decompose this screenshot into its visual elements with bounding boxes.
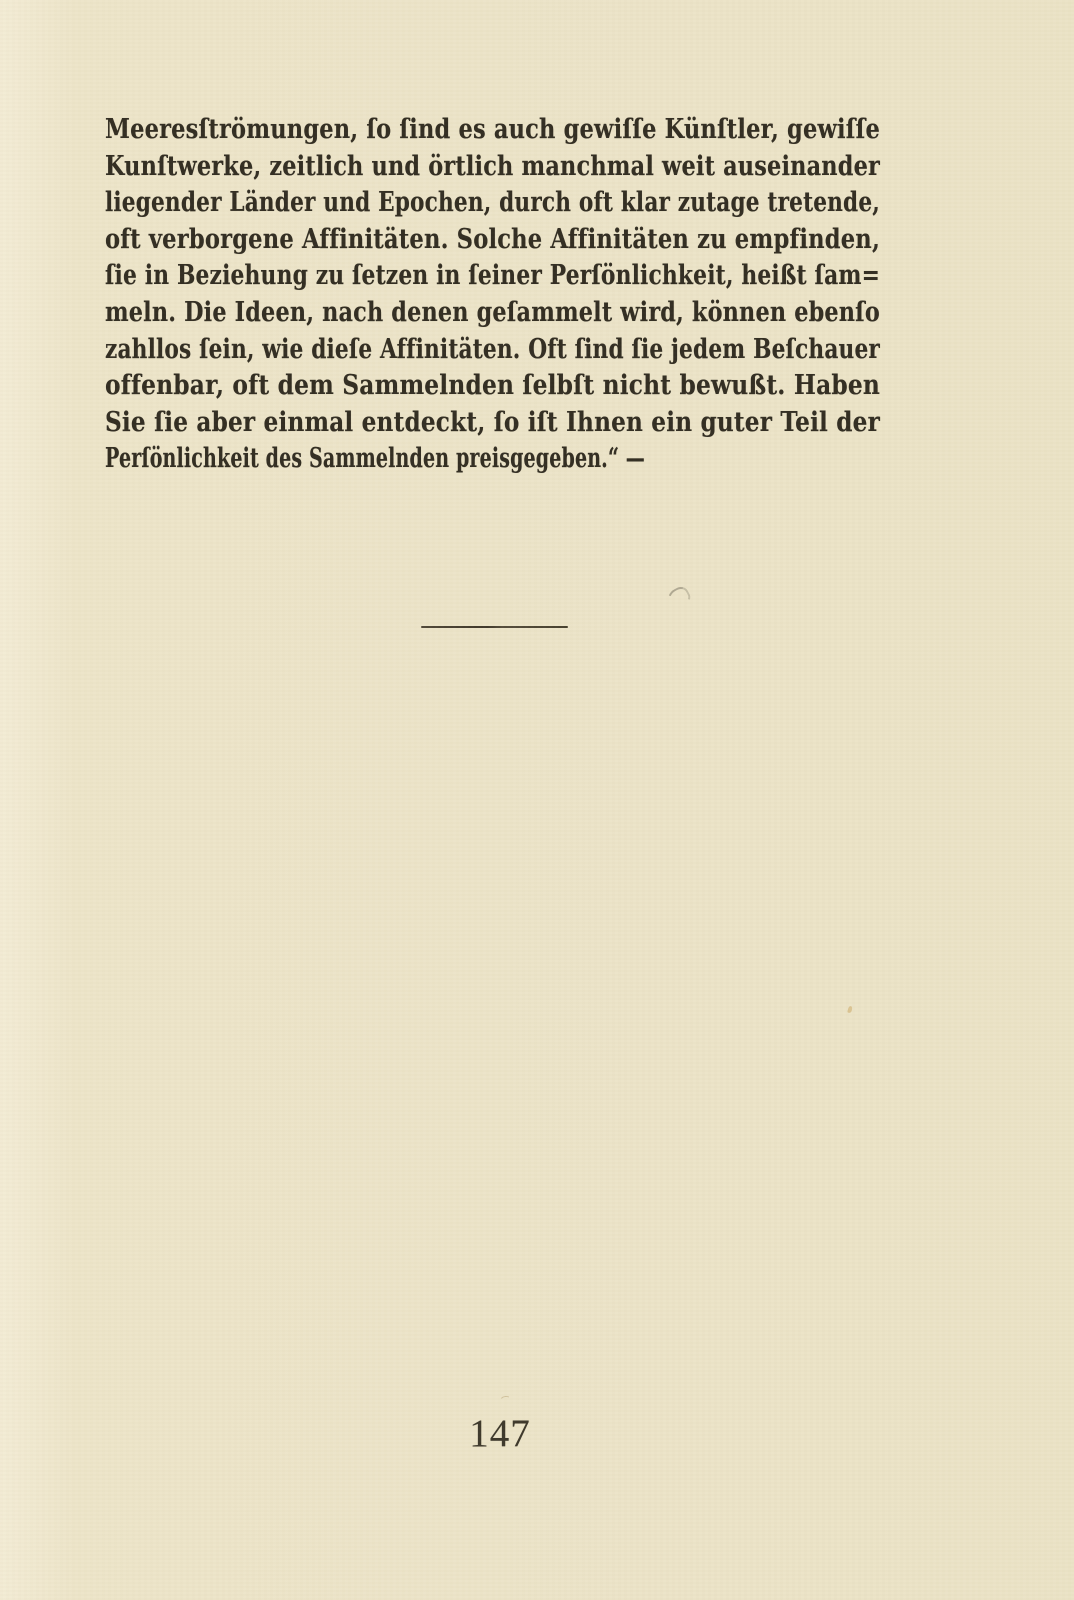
text-line-content: liegender Länder und Epochen, durch oft … [105, 185, 880, 222]
text-line: Perſönlichkeit des Sammelnden preisgegeb… [105, 441, 880, 478]
text-line: Kunſtwerke, zeitlich und örtlich manchma… [105, 149, 880, 186]
text-line-content: Sie ſie aber einmal entdeckt, ſo iſt Ihn… [105, 405, 880, 442]
text-line-content: oft verborgene Affinitäten. Solche Affin… [105, 222, 880, 259]
text-line-content: offenbar, oft dem Sammelnden ſelbſt nich… [105, 368, 880, 405]
text-line: zahllos ſein, wie dieſe Affinitäten. Oft… [105, 332, 880, 369]
text-line: meln. Die Ideen, nach denen geſammelt wi… [105, 295, 880, 332]
text-line-content: zahllos ſein, wie dieſe Affinitäten. Oft… [105, 332, 880, 369]
text-line-content: ſie in Beziehung zu ſetzen in ſeiner Per… [105, 258, 880, 295]
text-line: Sie ſie aber einmal entdeckt, ſo iſt Ihn… [105, 405, 880, 442]
text-line-content: Kunſtwerke, zeitlich und örtlich manchma… [105, 149, 880, 186]
text-line-content: meln. Die Ideen, nach denen geſammelt wi… [105, 295, 880, 332]
text-line: offenbar, oft dem Sammelnden ſelbſt nich… [105, 368, 880, 405]
text-line: liegender Länder und Epochen, durch oft … [105, 185, 880, 222]
book-page: Meeresſtrömungen, ſo ſind es auch gewiſſ… [0, 0, 1074, 1600]
text-line-content: Meeresſtrömungen, ſo ſind es auch gewiſſ… [105, 112, 880, 149]
paper-speck [499, 1395, 511, 1405]
text-line-content: Perſönlichkeit des Sammelnden preisgegeb… [105, 441, 645, 478]
page-number-text: 147 [469, 1412, 531, 1455]
text-line: Meeresſtrömungen, ſo ſind es auch gewiſſ… [105, 112, 880, 149]
section-divider-rule [421, 626, 568, 628]
text-line: oft verborgene Affinitäten. Solche Affin… [105, 222, 880, 259]
paper-speck [847, 1006, 853, 1014]
ink-smudge [665, 584, 693, 611]
page-number: 147 [105, 1414, 895, 1454]
paragraph: Meeresſtrömungen, ſo ſind es auch gewiſſ… [105, 112, 880, 478]
text-line: ſie in Beziehung zu ſetzen in ſeiner Per… [105, 258, 880, 295]
